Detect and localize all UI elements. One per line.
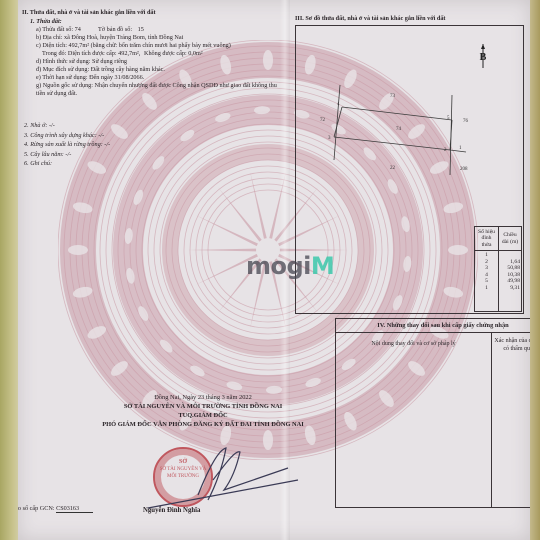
land-area: c) Diện tích: 492,7m² (bằng chữ: bốn tră… xyxy=(36,42,231,50)
section-3-title: III. Sơ đồ thửa đất, nhà ở và tài sản kh… xyxy=(295,15,446,23)
issuing-org: SỞ TÀI NGUYÊN VÀ MÔI TRƯỜNG TỈNH ĐỒNG NA… xyxy=(78,402,328,411)
svg-text:3: 3 xyxy=(328,136,331,141)
land-origin-cont: tiền sử dụng đất. xyxy=(36,90,77,98)
header-vertex: Số hiệu đỉnh thửa xyxy=(475,227,499,251)
svg-text:72: 72 xyxy=(320,118,326,123)
asset-item: 4. Rừng sản xuất là rừng trồng: -/- xyxy=(24,141,110,149)
land-use-form: d) Hình thức sử dụng: Sử dụng riêng xyxy=(36,58,127,66)
parcel-sketch: 123457372762220874 xyxy=(318,85,488,175)
tuq-director: TUQ.GIÁM ĐỐC xyxy=(78,411,328,420)
asset-item: 6. Ghi chú: xyxy=(24,160,52,168)
land-area-detail: Trong đó: Diện tích được cấp: 492,7m², xyxy=(42,50,140,58)
svg-text:76: 76 xyxy=(463,119,469,124)
land-origin: g) Nguồn gốc sử dụng: Nhận chuyển nhượng… xyxy=(36,82,277,90)
segment-length-table: Số hiệu đỉnh thửa Chiều dài (m) 123451 1… xyxy=(474,226,522,312)
svg-text:74: 74 xyxy=(396,127,402,132)
north-arrow-icon: B xyxy=(478,44,488,68)
mogi-watermark-logo: mogiM xyxy=(246,252,334,280)
issue-date: Đồng Nai, Ngày 23 tháng 3 năm 2022 xyxy=(78,393,328,402)
land-use-term: e) Thời hạn sử dụng: Đến ngày 31/08/2066… xyxy=(36,74,144,82)
signature-block: Đồng Nai, Ngày 23 tháng 3 năm 2022 SỞ TÀ… xyxy=(78,393,328,429)
land-use-purpose: đ) Mục đích sử dụng: Đất trồng cây hàng … xyxy=(36,66,165,74)
section-2-title: II. Thửa đất, nhà ở và tài sản khác gắn … xyxy=(22,9,156,17)
land-address: b) Địa chỉ: xã Đông Hoà, huyện Trảng Bom… xyxy=(36,34,183,42)
signer-position: PHÓ GIÁM ĐỐC VĂN PHÒNG ĐĂNG KÝ ĐẤT ĐAI T… xyxy=(78,420,328,429)
asset-item: 5. Cây lâu năm: -/- xyxy=(24,151,71,159)
asset-item: 3. Công trình xây dựng khác: -/- xyxy=(24,132,104,140)
changes-confirm-col: Xác nhận của cơ quan có thẩm quyền xyxy=(492,333,530,507)
changes-content-col: Nội dung thay đổi và cơ sở pháp lý xyxy=(336,333,492,507)
vertex-column: 123451 xyxy=(475,251,499,312)
cert-number: Số vào sổ cấp GCN: CS03163 xyxy=(18,505,93,513)
land-heading: 1. Thửa đất: xyxy=(30,18,62,26)
svg-text:2: 2 xyxy=(444,148,447,153)
svg-text:1: 1 xyxy=(459,146,462,151)
asset-item: 2. Nhà ở: -/- xyxy=(24,122,55,130)
svg-text:208: 208 xyxy=(460,167,468,172)
svg-text:22: 22 xyxy=(390,166,396,171)
svg-text:73: 73 xyxy=(390,94,396,99)
land-certificate-page: II. Thửa đất, nhà ở và tài sản khác gắn … xyxy=(18,0,530,540)
changes-table: IV. Những thay đổi sau khi cấp giấy chứn… xyxy=(335,318,530,508)
svg-text:4: 4 xyxy=(337,102,340,107)
svg-text:5: 5 xyxy=(447,116,450,121)
header-length: Chiều dài (m) xyxy=(499,227,522,251)
map-sheet-number: Tờ bản đồ số: 15 xyxy=(98,26,144,34)
svg-text:B: B xyxy=(480,52,487,63)
signature-stroke xyxy=(138,440,308,510)
length-column: 1,6450,8810,3849,989,31 xyxy=(499,251,522,312)
changes-title: IV. Những thay đổi sau khi cấp giấy chứn… xyxy=(336,319,530,333)
parcel-number: a) Thửa đất số: 74 xyxy=(36,26,81,34)
land-area-not-granted: Không được cấp: 0,0m² xyxy=(144,50,203,58)
